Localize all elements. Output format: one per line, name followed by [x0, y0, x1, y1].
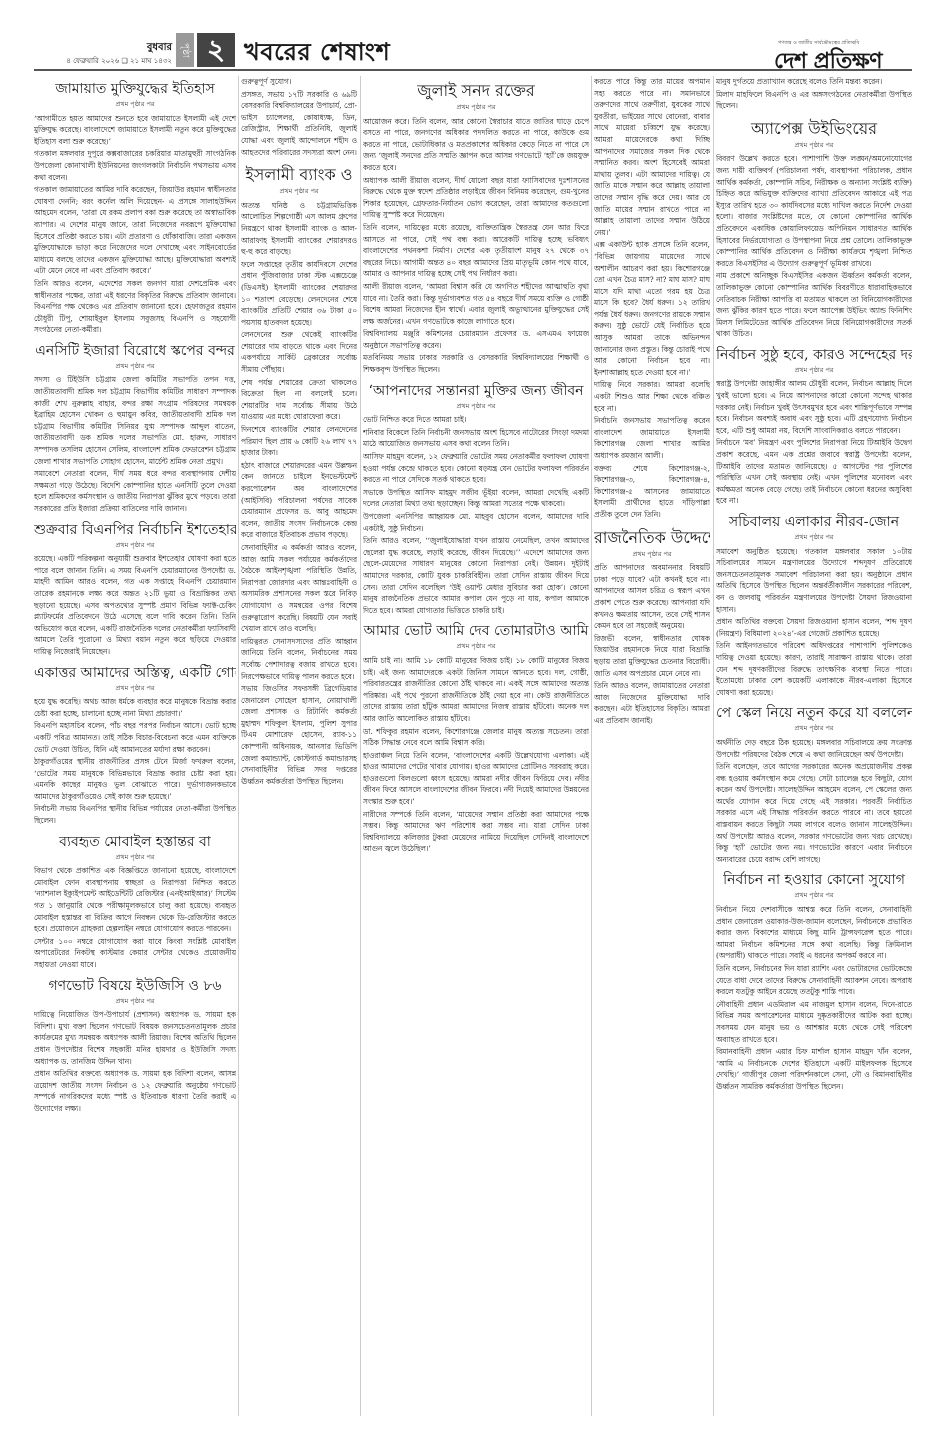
- story-paragraph: দায়িত্ব নিবে সরকার। আমরা বলেছি একটা শিশ…: [594, 379, 710, 414]
- column-5: মানুষ দুর্গতয়ে প্রত্যাখ্যান করেছে বলেও …: [716, 76, 912, 1426]
- story-headline[interactable]: পে স্কেল নিয়ে নতুন করে যা বললেন: [716, 704, 912, 722]
- story-paragraph: সমাবেশে নেতারা বলেন, দীর্ঘ সময় ধরে বন্দ…: [34, 468, 236, 514]
- story-paragraph: প্রধান অতিথির বক্তব্যে অধ্যাপক ড. সায়মা…: [34, 1068, 236, 1114]
- continued-from-label: প্রথম পৃষ্ঠার পর: [34, 99, 236, 111]
- continued-from-label: প্রথম পৃষ্ঠার পর: [363, 401, 589, 413]
- continued-from-label: প্রথম পৃষ্ঠার পর: [363, 641, 589, 653]
- story-headline[interactable]: ব্যবহৃত মোবাইল হস্তান্তর বা: [34, 833, 236, 851]
- story-paragraph: দায়িত্বে নিয়োজিত উপ-উপাচার্য (প্রশাসন)…: [34, 1009, 236, 1067]
- news-story: জুলাই সনদ রক্তেরপ্রথম পৃষ্ঠার পরআয়োজন ক…: [363, 80, 589, 376]
- story-headline[interactable]: সচিবালয় এলাকার নীরব-জোন: [716, 513, 912, 531]
- story-paragraph: প্রতি আপনাদের অবমাননার বিষয়টি ঢাকা পড়ে…: [594, 562, 710, 632]
- story-headline[interactable]: ইসলামী ব্যাংক ও: [241, 164, 357, 185]
- column-divider: [238, 76, 239, 1416]
- story-headline[interactable]: নির্বাচন না হওয়ার কোনো সুযোগ: [716, 871, 912, 889]
- continued-from-label: প্রথম পৃষ্ঠার পর: [241, 186, 357, 198]
- story-paragraph: গুরুত্বপূর্ণ সুযোগ।: [241, 76, 357, 88]
- story-paragraph: আসিফ মাহমুদ বলেন, ১২ ফেব্রুয়ারি ভোটের স…: [363, 451, 589, 486]
- story-headline[interactable]: এনসিটি ইজারা বিরোধে স্কপের বন্দর: [34, 342, 236, 360]
- story-headline[interactable]: জুলাই সনদ রক্তের: [363, 80, 589, 101]
- story-paragraph: ‘আগামীতে হয়ত আমাদের শুনতে হবে জামায়াতে…: [34, 113, 236, 148]
- column-2: গুরুত্বপূর্ণ সুযোগ।প্রসঙ্গত, সভায় ১৭টি …: [241, 76, 357, 1426]
- story-paragraph: সেনাবাহিনীর এ কর্মকর্তা আরও বলেন, আজ আমি…: [241, 542, 357, 635]
- continued-from-label: প্রথম পৃষ্ঠার পর: [363, 102, 589, 114]
- story-paragraph: শনিবার বিকেলে তিনি নির্বাচনী জনসভায় অংশ…: [363, 427, 589, 450]
- continued-from-label: প্রথম পৃষ্ঠার পর: [34, 540, 236, 552]
- continued-from-label: প্রথম পৃষ্ঠার পর: [34, 683, 236, 695]
- story-paragraph: প্রধান অতিথির বক্তব্যে সৈয়দা রিজওয়ানা …: [716, 616, 912, 639]
- story-headline[interactable]: জামায়াত মুক্তিযুদ্ধের ইতিহাস: [34, 80, 236, 98]
- continued-from-label: প্রথম পৃষ্ঠার পর: [716, 140, 912, 152]
- story-paragraph: তিনি আরও বলেন, ‘‘জুলাইযোদ্ধারা যখন রাস্ত…: [363, 535, 589, 616]
- story-paragraph: প্রসঙ্গত, সভায় ১৭টি সরকারি ও ৬৯টি বেসরক…: [241, 89, 357, 159]
- story-paragraph: তিনি বলেছেন, তবে আগের সরকারের অনেক অপ্রয…: [716, 761, 912, 865]
- story-paragraph: দায়িত্বরত সেনাসদস্যদের প্রতি আহ্বান জান…: [241, 636, 357, 682]
- continued-from-label: প্রথম পৃষ্ঠার পর: [34, 852, 236, 864]
- story-paragraph: রিজভী বলেন, স্বাধীনতার ঘোষক জিয়াউর রহমা…: [594, 633, 710, 679]
- story-paragraph: নারীদের সম্পর্কে তিনি বলেন, ‘মায়েদের সম…: [363, 809, 589, 855]
- story-paragraph: উপজেলা এনসিপির আহ্বায়ক মো. মাহবুব হোসেন…: [363, 511, 589, 534]
- masthead-divider: [34, 69, 912, 71]
- story-headline[interactable]: রাজনৈতিক উদ্দেশ্যেই: [594, 527, 710, 548]
- issue-date: ৪ ফেব্রুয়ারি ২০২৬ ❑ ২১ মাঘ ১৪৩২: [20, 55, 172, 67]
- continued-from-label: প্রথম পৃষ্ঠার পর: [594, 549, 710, 561]
- story-paragraph: মিলাদ মাহফিলে বিএনপি ও এর অঙ্গসংগঠনের নে…: [716, 89, 912, 112]
- story-paragraph: নাম প্রকাশে অনিচ্ছুক বিএসইসির একজন ঊর্ধ্…: [716, 270, 912, 340]
- story-paragraph: অত্যন্ত ঘনিষ্ঠ ও চট্টগ্রামভিত্তিক আলোচিত…: [241, 200, 357, 258]
- story-paragraph: আমি চাই না। আমি ১৮ কোটি মানুষের বিজয় চা…: [363, 655, 589, 725]
- news-story: গণভোট বিষয়ে ইউজিসি ও ৮৬প্রথম পৃষ্ঠার পর…: [34, 977, 236, 1115]
- story-headline[interactable]: শুক্রবার বিএনপির নির্বাচনি ইশতেহার: [34, 521, 236, 539]
- story-headline[interactable]: ‘আপনাদের সন্তানরা মুক্তির জন্য জীবন: [363, 382, 589, 400]
- news-story: আমার ভোট আমি দেব তোমারটাও আমিপ্রথম পৃষ্ঠ…: [363, 622, 589, 855]
- story-paragraph: তিনি আরও বলেন, জামায়াতের নেতারা আজ নিজে…: [594, 680, 710, 726]
- story-headline[interactable]: অ্যাপেক্স উইভিংয়ের: [716, 118, 912, 139]
- masthead: বুধবার ৪ ফেব্রুয়ারি ২০২৬ ❑ ২১ মাঘ ১৪৩২ …: [0, 0, 945, 68]
- story-paragraph: গতকাল মঙ্গলবার দুপুরে কক্সবাজারের চকরিয়…: [34, 148, 236, 183]
- story-paragraph: সভাকে উপস্থিত আসিফ মাহমুদ সজীব ভূঁইয়া ব…: [363, 487, 589, 510]
- story-paragraph: বিবরণ উল্লেখ করতে হবে। পাশাপাশি উক্ত লঙ্…: [716, 153, 912, 269]
- continued-from-label: প্রথম পৃষ্ঠার পর: [34, 996, 236, 1008]
- news-story: সচিবালয় এলাকার নীরব-জোনপ্রথম পৃষ্ঠার পর…: [716, 513, 912, 698]
- news-story: শুক্রবার বিএনপির নির্বাচনি ইশতেহারপ্রথম …: [34, 521, 236, 658]
- section-title: খবরের শেষাংশ: [244, 34, 390, 74]
- story-paragraph: গতকাল জামায়াতের আমির দাবি করেছেন, জিয়া…: [34, 184, 236, 277]
- story-paragraph: দিনশেষে ব্যাংকটির শেয়ার লেনদেনের পরিমাণ…: [241, 424, 357, 459]
- news-story: পে স্কেল নিয়ে নতুন করে যা বললেনপ্রথম পৃ…: [716, 704, 912, 865]
- story-paragraph: ভোট নিশ্চিত করে দিতে আমরা চাই।: [363, 414, 589, 426]
- news-story: ব্যবহৃত মোবাইল হস্তান্তর বাপ্রথম পৃষ্ঠার…: [34, 833, 236, 971]
- news-story: ‘আপনাদের সন্তানরা মুক্তির জন্য জীবনপ্রথম…: [363, 382, 589, 617]
- story-paragraph: নির্বাচন নিয়ে দেশবাসীকে আশ্বস্ত করে তিন…: [716, 904, 912, 962]
- story-paragraph: নির্বাচনে ‘মব’ নিয়ন্ত্রণ এবং পুলিশের নি…: [716, 437, 912, 507]
- story-paragraph: বিএনপি মহাসচিব বলেন, পাঁচ বছর পরপর নির্ব…: [34, 720, 236, 755]
- story-paragraph: করতে পারে কিন্তু তার মায়ের অপমান সহ্য ক…: [594, 76, 710, 238]
- story-paragraph: নির্বাচনি জনসভায় সভাপতিত্ব করেন বাংলাদে…: [594, 415, 710, 461]
- story-paragraph: সেন্টার ১০০ নম্বরে যোগাযোগ করা যাবে কিংব…: [34, 936, 236, 971]
- news-story: একাত্তর আমাদের অস্তিত্ব, একটি গোষ্ঠীপ্রথ…: [34, 664, 236, 827]
- continued-from-label: প্রথম পৃষ্ঠার পর: [716, 532, 912, 544]
- story-paragraph: হাওরাঞ্চল নিয়ে তিনি বলেন, ‘বাংলাদেশের এ…: [363, 750, 589, 808]
- story-paragraph: ডা. শফিকুর রহমান বলেন, কিশোরগঞ্জে জেলার …: [363, 726, 589, 749]
- story-paragraph: স্বরাষ্ট্র উপদেষ্টা জাহাঙ্গীর আলম চৌধুরী…: [716, 378, 912, 436]
- continued-from-label: প্রথম পৃষ্ঠার পর: [716, 890, 912, 902]
- column-divider: [360, 76, 361, 1416]
- news-story: জামায়াত মুক্তিযুদ্ধের ইতিহাসপ্রথম পৃষ্ঠ…: [34, 80, 236, 336]
- column-4: করতে পারে কিন্তু তার মায়ের অপমান সহ্য ক…: [594, 76, 710, 1426]
- news-story: গুরুত্বপূর্ণ সুযোগ।প্রসঙ্গত, সভায় ১৭টি …: [241, 76, 357, 158]
- news-story: নির্বাচন না হওয়ার কোনো সুযোগপ্রথম পৃষ্ঠ…: [716, 871, 912, 1092]
- column-1: জামায়াত মুক্তিযুদ্ধের ইতিহাসপ্রথম পৃষ্ঠ…: [34, 76, 236, 1426]
- story-paragraph: অধ্যাপক আলী রীয়াজ বলেন, দীর্ঘ ষোলো বছর …: [363, 175, 589, 221]
- continued-from-label: প্রথম পৃষ্ঠার পর: [34, 361, 236, 373]
- story-paragraph: অর্থনীতি দেড় বছরে ঠিক হয়েছে। মঙ্গলবার …: [716, 737, 912, 760]
- story-paragraph: হঠাৎ বাজারে শেয়ারদরের এমন উল্লম্ফন কেন …: [241, 460, 357, 541]
- story-paragraph: তিনি আইনগতভাবে পরিবেশ অধিদপ্তরের পাশাপাশ…: [716, 640, 912, 698]
- story-paragraph: ফলে সপ্তাহের তৃতীয় কার্যদিবসে দেশের প্র…: [241, 259, 357, 329]
- news-story: ইসলামী ব্যাংক ওপ্রথম পৃষ্ঠার পরঅত্যন্ত ঘ…: [241, 164, 357, 787]
- story-paragraph: হয়ে যুদ্ধ করেছি। অথচ আজ ধর্মকে ব্যবহার …: [34, 696, 236, 719]
- column-3: জুলাই সনদ রক্তেরপ্রথম পৃষ্ঠার পরআয়োজন ক…: [363, 76, 589, 1426]
- story-paragraph: বিমানবাহিনী প্রধান এয়ার চিফ মার্শাল হাস…: [716, 1046, 912, 1092]
- story-paragraph: নৌবাহিনী প্রধান এডমিরাল এম নাজমুল হাসান …: [716, 999, 912, 1045]
- page-label: পৃষ্ঠা: [176, 33, 194, 67]
- story-paragraph: মানুষ দুর্গতয়ে প্রত্যাখ্যান করেছে বলেও …: [716, 76, 912, 88]
- news-story: এনসিটি ইজারা বিরোধে স্কপের বন্দরপ্রথম পৃ…: [34, 342, 236, 515]
- story-paragraph: সদস্য ও টিইউসি চট্টগ্রাম জেলা কমিটির সভা…: [34, 374, 236, 467]
- story-paragraph: মতবিনিময় সভায় ঢাকার সরকারি ও বেসরকারি …: [363, 352, 589, 375]
- story-paragraph: সমাবেশ অনুষ্ঠিত হয়েছে। গতকাল মঙ্গলবার স…: [716, 546, 912, 616]
- story-paragraph: তিনি বলেন, নির্বাচনের দিন যারা র‌্যাশিং …: [716, 963, 912, 998]
- story-paragraph: বিভাগ থেকে প্রকাশিত এক বিজ্ঞপ্তিতে জানান…: [34, 865, 236, 935]
- news-story: অ্যাপেক্স উইভিংয়েরপ্রথম পৃষ্ঠার পরবিবরণ…: [716, 118, 912, 340]
- story-paragraph: আলী রীয়াজ বলেন, ‘আমরা বিশ্বাস করি যে অগ…: [363, 281, 589, 327]
- story-paragraph: রয়েছে। একটি পরিকল্পনা অনুযায়ী শুক্রবার…: [34, 553, 236, 657]
- story-paragraph: এক্স একাউন্ট হ্যাক প্রসঙ্গে তিনি বলেন, ‘…: [594, 239, 710, 378]
- column-divider: [591, 76, 592, 1416]
- news-story: করতে পারে কিন্তু তার মায়ের অপমান সহ্য ক…: [594, 76, 710, 521]
- story-paragraph: তিনি বলেন, দায়িত্বের মধ্যে রয়েছে, ব্যক…: [363, 222, 589, 280]
- story-paragraph: নির্বাচনী সভায় বিএনপির স্থানীয় বিভিন্ন…: [34, 803, 236, 826]
- continued-from-label: প্রথম পৃষ্ঠার পর: [716, 723, 912, 735]
- page-number: ২: [197, 33, 235, 67]
- story-paragraph: তিনি আরও বলেন, এদেশের সকল জনগণ যারা দেশপ…: [34, 278, 236, 336]
- story-paragraph: ঠাকুরগাঁওয়ের স্থানীয় রাজনীতির প্রসঙ্গ …: [34, 756, 236, 802]
- story-paragraph: বক্তব্য শেষে কিশোরগঞ্জ-২, কিশোরগঞ্জ-৩, ক…: [594, 463, 710, 521]
- story-headline[interactable]: নির্বাচন সুষ্ঠু হবে, কারও সন্দেহের দরকার: [716, 346, 912, 364]
- continued-from-label: প্রথম পৃষ্ঠার পর: [716, 365, 912, 377]
- story-paragraph: শেষ পর্যন্ত শেয়ারের ক্রেতা থাকলেও বিক্র…: [241, 377, 357, 423]
- news-story: মানুষ দুর্গতয়ে প্রত্যাখ্যান করেছে বলেও …: [716, 76, 912, 112]
- story-headline[interactable]: আমার ভোট আমি দেব তোমারটাও আমি: [363, 622, 589, 640]
- story-paragraph: লেনদেনের শুরু থেকেই ব্যাংকটির শেয়ারের দ…: [241, 329, 357, 375]
- news-story: নির্বাচন সুষ্ঠু হবে, কারও সন্দেহের দরকার…: [716, 346, 912, 507]
- story-headline[interactable]: গণভোট বিষয়ে ইউজিসি ও ৮৬: [34, 977, 236, 995]
- news-story: রাজনৈতিক উদ্দেশ্যেইপ্রথম পৃষ্ঠার পরপ্রতি…: [594, 527, 710, 727]
- story-paragraph: আয়োজন করে। তিনি বলেন, আর কোনো স্বৈরাচার…: [363, 116, 589, 174]
- story-headline[interactable]: একাত্তর আমাদের অস্তিত্ব, একটি গোষ্ঠী: [34, 664, 236, 682]
- column-divider: [713, 76, 714, 1416]
- story-paragraph: বিশ্ববিদ্যালয় মঞ্জুরি কমিশনের চেয়ারম্য…: [363, 328, 589, 351]
- story-paragraph: সভায় জিওসির সফরসঙ্গী ব্রিগেডিয়ার জেনার…: [241, 683, 357, 787]
